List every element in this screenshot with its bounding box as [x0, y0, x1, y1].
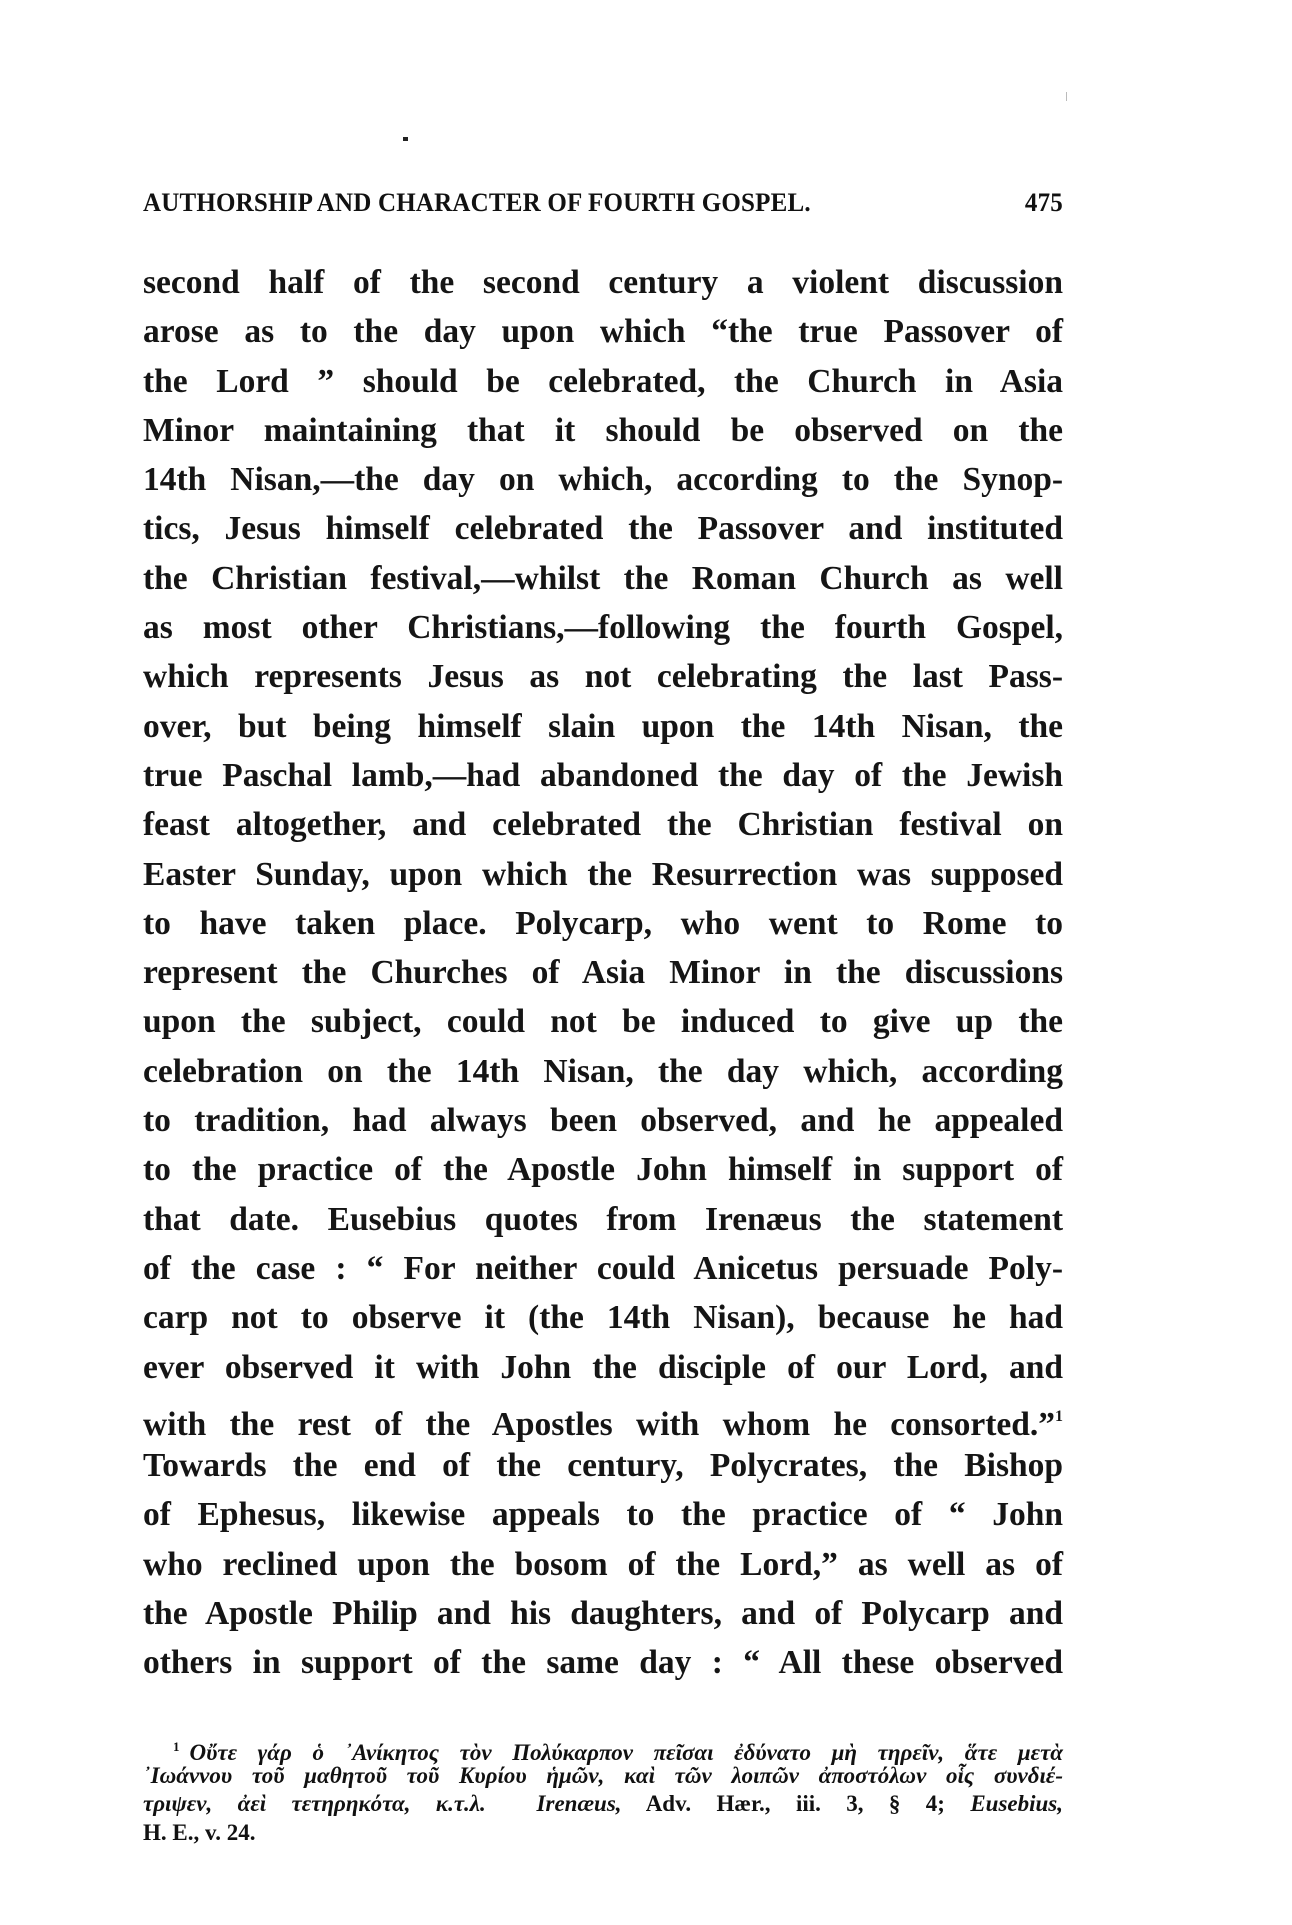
greek-text: τριψεν, ἀεὶ τετηρηκότα, κ.τ.λ. — [143, 1791, 486, 1816]
citation-author-2: Eusebius, — [970, 1791, 1063, 1816]
greek-text: ᾽Ιωάννου τοῦ μαθητοῦ τοῦ Κυρίου ἡμῶν, κα… — [143, 1763, 1063, 1788]
text-line: others in support of the same day : “ Al… — [143, 1638, 1063, 1687]
body-text: second half of the second century a viol… — [143, 258, 1063, 1688]
text-line: which represents Jesus as not celebratin… — [143, 652, 1063, 701]
text-line: as most other Christians,—following the … — [143, 603, 1063, 652]
footnote-line: 1Oὔτε γάρ ὁ ᾽Ανίκητος τὸν Πολύκαρπον πεῖ… — [143, 1733, 1063, 1762]
text-line: tics, Jesus himself celebrated the Passo… — [143, 504, 1063, 553]
text-line: to have taken place. Polycarp, who went … — [143, 899, 1063, 948]
text-line: Easter Sunday, upon which the Resurrecti… — [143, 850, 1063, 899]
page-number: 475 — [1025, 189, 1063, 218]
text-line: ever observed it with John the disciple … — [143, 1343, 1063, 1392]
text-line: second half of the second century a viol… — [143, 258, 1063, 307]
scan-speck — [403, 137, 408, 141]
text-segment: with the rest of the Apostles with whom … — [143, 1406, 1055, 1443]
text-line: true Paschal lamb,—had abandoned the day… — [143, 751, 1063, 800]
running-head-title: Authorship and Character of Fourth Gospe… — [143, 189, 811, 218]
text-line: to the practice of the Apostle John hims… — [143, 1145, 1063, 1194]
text-line: who reclined upon the bosom of the Lord,… — [143, 1540, 1063, 1589]
footnote-line: τριψεν, ἀεὶ τετηρηκότα, κ.τ.λ. Irenæus, … — [143, 1790, 1063, 1819]
footnote-line: ᾽Ιωάννου τοῦ μαθητοῦ τοῦ Κυρίου ἡμῶν, κα… — [143, 1762, 1063, 1791]
text-line: of Ephesus, likewise appeals to the prac… — [143, 1490, 1063, 1539]
text-line: upon the subject, could not be induced t… — [143, 997, 1063, 1046]
text-line: that date. Eusebius quotes from Irenæus … — [143, 1195, 1063, 1244]
text-line: 14th Nisan,—the day on which, according … — [143, 455, 1063, 504]
text-line: the Christian festival,—whilst the Roman… — [143, 554, 1063, 603]
text-line: carp not to observe it (the 14th Nisan),… — [143, 1293, 1063, 1342]
text-line: Towards the end of the century, Polycrat… — [143, 1441, 1063, 1490]
book-page: Authorship and Character of Fourth Gospe… — [0, 0, 1292, 1925]
text-line: over, but being himself slain upon the 1… — [143, 702, 1063, 751]
citation-author: Irenæus, — [537, 1791, 622, 1816]
text-line: arose as to the day upon which “the true… — [143, 307, 1063, 356]
text-line: the Apostle Philip and his daughters, an… — [143, 1589, 1063, 1638]
footnote-reference[interactable]: 1 — [1055, 1408, 1063, 1425]
scan-mark — [1066, 92, 1067, 101]
text-line: to tradition, had always been observed, … — [143, 1096, 1063, 1145]
footnote-marker: 1 — [173, 1739, 180, 1754]
text-line: the Lord ” should be celebrated, the Chu… — [143, 357, 1063, 406]
text-line-with-footnote-ref: with the rest of the Apostles with whom … — [143, 1392, 1063, 1441]
text-line: feast altogether, and celebrated the Chr… — [143, 800, 1063, 849]
citation-work: Adv. Hær., iii. 3, § 4; — [646, 1791, 945, 1816]
text-line: of the case : “ For neither could Anicet… — [143, 1244, 1063, 1293]
footnote-line: H. E., v. 24. — [143, 1819, 1063, 1848]
text-line: represent the Churches of Asia Minor in … — [143, 948, 1063, 997]
running-head: Authorship and Character of Fourth Gospe… — [143, 189, 1063, 223]
text-line: Minor maintaining that it should be obse… — [143, 406, 1063, 455]
footnote: 1Oὔτε γάρ ὁ ᾽Ανίκητος τὸν Πολύκαρπον πεῖ… — [143, 1733, 1063, 1847]
text-line: celebration on the 14th Nisan, the day w… — [143, 1047, 1063, 1096]
